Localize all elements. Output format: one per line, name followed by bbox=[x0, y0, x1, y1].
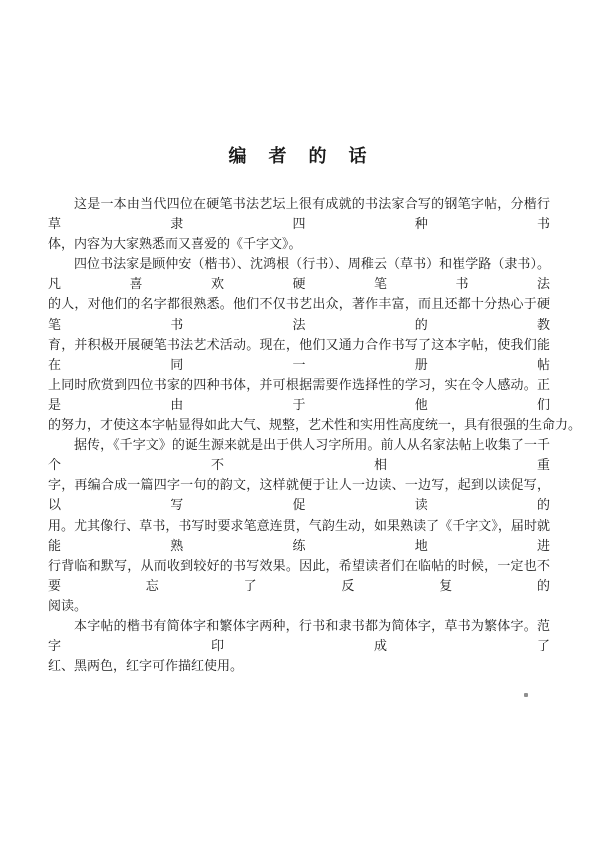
text-line: 阅读。 bbox=[48, 596, 550, 616]
text-line: 的努力，才使这本字帖显得如此大气、规整，艺术性和实用性高度统一，具有很强的生命力… bbox=[48, 415, 550, 435]
text-line: 本字帖的楷书有简体字和繁体字两种，行书和隶书都为简体字，草书为繁体字。范字印成了 bbox=[48, 616, 550, 656]
page-title: 编者的话 bbox=[0, 142, 595, 168]
text-line: 的人，对他们的名字都很熟悉。他们不仅书艺出众，著作丰富，而且还都十分热心于硬笔书… bbox=[48, 294, 550, 334]
text-line: 体，内容为大家熟悉而又喜爱的《千字文》。 bbox=[48, 234, 550, 254]
text-line: 据传，《千字文》的诞生源来就是出于供人习字所用。前人从名家法帖上收集了一千个不相… bbox=[48, 435, 550, 475]
text-line: 用。尤其像行、草书，书写时要求笔意连贯，气韵生动，如果熟读了《千字文》，届时就能… bbox=[48, 516, 550, 556]
preface-body: 这是一本由当代四位在硬笔书法艺坛上很有成就的书法家合写的钢笔字帖，分楷行草隶四种… bbox=[48, 194, 550, 676]
text-line: 上同时欣赏到四位书家的四种书体，并可根据需要作选择性的学习，实在令人感动。正是由… bbox=[48, 375, 550, 415]
text-line: 育，并积极开展硬笔书法艺术活动。现在，他们又通力合作书写了这本字帖，使我们能在同… bbox=[48, 335, 550, 375]
scan-speck bbox=[524, 693, 528, 697]
text-line: 四位书法家是顾仲安（楷书）、沈鸿根（行书）、周稚云（草书）和崔学路（隶书）。凡喜… bbox=[48, 254, 550, 294]
text-line: 这是一本由当代四位在硬笔书法艺坛上很有成就的书法家合写的钢笔字帖，分楷行草隶四种… bbox=[48, 194, 550, 234]
text-line: 字，再编合成一篇四字一句的韵文，这样就便于让人一边读、一边写，起到以读促写，以写… bbox=[48, 475, 550, 515]
book-page: 编者的话 这是一本由当代四位在硬笔书法艺坛上很有成就的书法家合写的钢笔字帖，分楷… bbox=[0, 0, 595, 842]
text-line: 红、黑两色，红字可作描红使用。 bbox=[48, 656, 550, 676]
text-line: 行背临和默写，从而收到较好的书写效果。因此，希望读者们在临帖的时候，一定也不要忘… bbox=[48, 556, 550, 596]
